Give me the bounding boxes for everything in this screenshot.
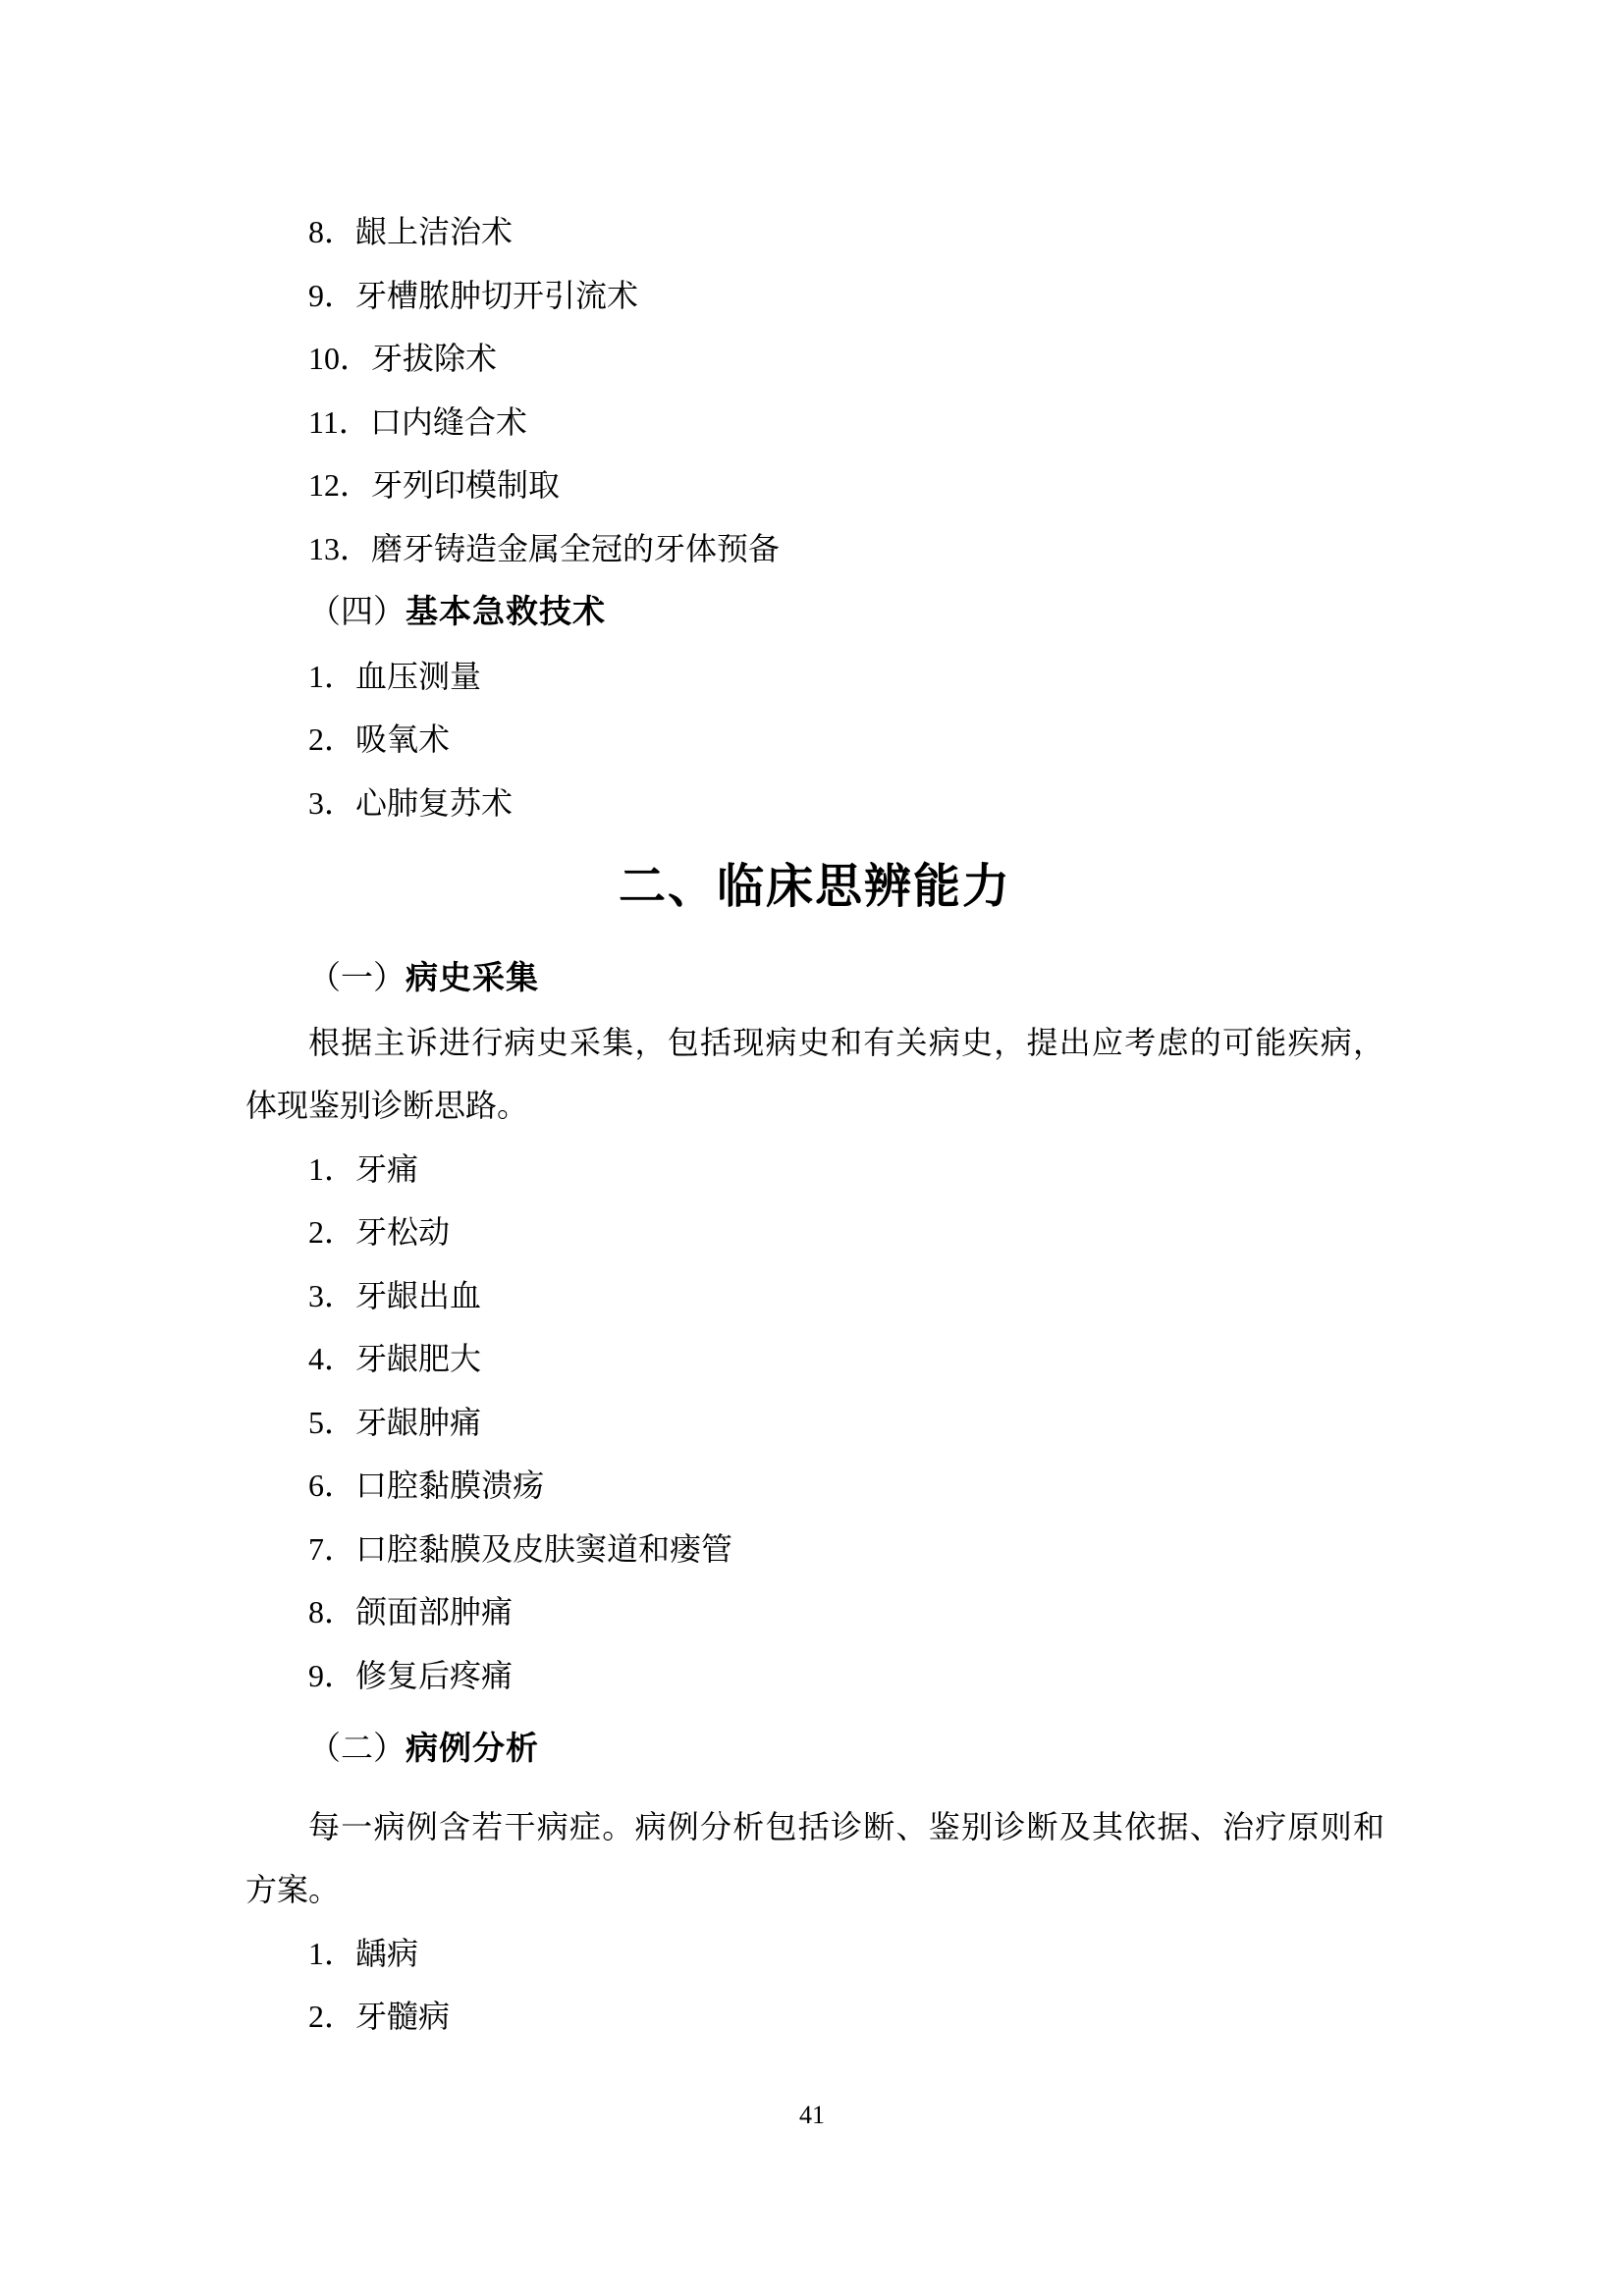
list-item: 8．龈上洁治术 <box>245 200 1384 264</box>
list-item: 6．口腔黏膜溃疡 <box>245 1454 1384 1518</box>
section-heading-one: （一）病史采集 <box>245 946 1384 1011</box>
list-item: 1．龋病 <box>245 1922 1384 1986</box>
section-four-list: 1．血压测量 2．吸氧术 3．心肺复苏术 <box>245 645 1384 835</box>
section-one-list: 1．牙痛 2．牙松动 3．牙龈出血 4．牙龈肥大 5．牙龈肿痛 6．口腔黏膜溃疡… <box>245 1138 1384 1708</box>
section-title: 基本急救技术 <box>406 593 606 629</box>
carryover-list: 8．龈上洁治术 9．牙槽脓肿切开引流术 10．牙拔除术 11．口内缝合术 12．… <box>245 200 1384 580</box>
section-number: （一） <box>308 961 406 996</box>
list-item: 1．牙痛 <box>245 1138 1384 1201</box>
section-heading-two: （二）病例分析 <box>245 1717 1384 1782</box>
list-item: 7．口腔黏膜及皮肤窦道和瘘管 <box>245 1518 1384 1581</box>
section-one-paragraph: 根据主诉进行病史采集，包括现病史和有关病史，提出应考虑的可能疾病， 体现鉴别诊断… <box>245 1011 1384 1138</box>
list-item: 8．颌面部肿痛 <box>245 1580 1384 1644</box>
section-title: 病例分析 <box>406 1730 539 1766</box>
list-item: 2．牙髓病 <box>245 1985 1384 2049</box>
section-heading-four: （四）基本急救技术 <box>245 580 1384 645</box>
paragraph-line: 根据主诉进行病史采集，包括现病史和有关病史，提出应考虑的可能疾病， <box>245 1011 1384 1075</box>
list-item: 2．牙松动 <box>245 1201 1384 1264</box>
list-item: 4．牙龈肥大 <box>245 1327 1384 1391</box>
list-item: 3．心肺复苏术 <box>245 772 1384 835</box>
paragraph-line: 每一病例含若干病症。病例分析包括诊断、鉴别诊断及其依据、治疗原则和 <box>245 1795 1384 1859</box>
section-number: （二） <box>308 1732 406 1767</box>
list-item: 13．磨牙铸造金属全冠的牙体预备 <box>245 517 1384 581</box>
page-number: 41 <box>0 2101 1624 2130</box>
list-item: 3．牙龈出血 <box>245 1264 1384 1328</box>
list-item: 2．吸氧术 <box>245 708 1384 772</box>
list-item: 1．血压测量 <box>245 645 1384 709</box>
section-two-paragraph: 每一病例含若干病症。病例分析包括诊断、鉴别诊断及其依据、治疗原则和 方案。 <box>245 1795 1384 1922</box>
list-item: 11．口内缝合术 <box>245 391 1384 454</box>
paragraph-line: 方案。 <box>245 1858 1384 1922</box>
section-number: （四） <box>308 595 406 630</box>
document-page: 8．龈上洁治术 9．牙槽脓肿切开引流术 10．牙拔除术 11．口内缝合术 12．… <box>0 0 1624 2296</box>
list-item: 5．牙龈肿痛 <box>245 1391 1384 1455</box>
page-content: 8．龈上洁治术 9．牙槽脓肿切开引流术 10．牙拔除术 11．口内缝合术 12．… <box>245 200 1384 2049</box>
list-item: 9．修复后疼痛 <box>245 1644 1384 1708</box>
section-title: 病史采集 <box>406 959 539 995</box>
list-item: 10．牙拔除术 <box>245 327 1384 391</box>
list-item: 12．牙列印模制取 <box>245 454 1384 517</box>
chapter-heading: 二、临床思辨能力 <box>245 840 1384 934</box>
section-two-list: 1．龋病 2．牙髓病 <box>245 1922 1384 2049</box>
list-item: 9．牙槽脓肿切开引流术 <box>245 264 1384 328</box>
paragraph-line: 体现鉴别诊断思路。 <box>245 1074 1384 1138</box>
